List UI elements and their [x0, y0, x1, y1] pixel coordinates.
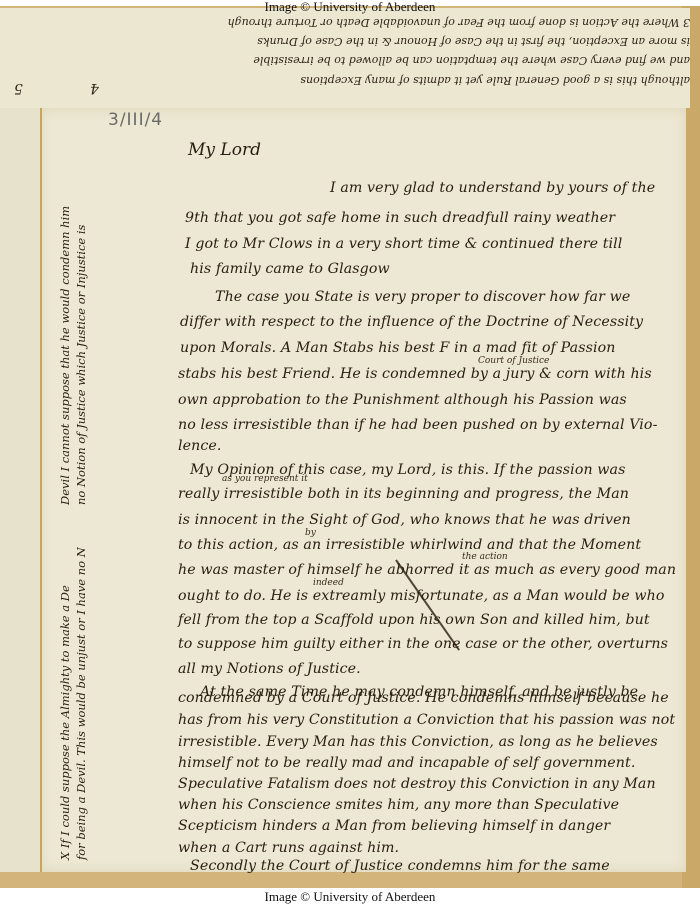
- letter-line: I got to Mr Clows in a very short time &…: [185, 236, 622, 252]
- letter-line: has from his very Constitution a Convict…: [178, 712, 675, 728]
- margin-note: no Notion of Justice which Justice or In…: [74, 225, 88, 505]
- interlinear-insertion: indeed: [313, 578, 344, 588]
- letter-line: condemned by a Court of Justice. He cond…: [178, 690, 669, 706]
- interlinear-insertion: Court of Justice: [478, 356, 549, 366]
- upside-down-line: is more an Exception, the first in the C…: [155, 35, 690, 48]
- letter-line: no less irresistible than if he had been…: [178, 417, 657, 433]
- letter-line: I am very glad to understand by yours of…: [330, 180, 655, 196]
- letter-line: when a Cart runs against him.: [178, 840, 399, 856]
- upside-down-line: 3 Where the Action is done from the Fear…: [150, 16, 690, 29]
- letter-line: 9th that you got safe home in such dread…: [185, 210, 615, 226]
- letter-line: Speculative Fatalism does not destroy th…: [178, 776, 656, 792]
- page-fold-line: [40, 108, 42, 872]
- letter-line: own approbation to the Punishment althou…: [178, 392, 627, 408]
- letter-line: The case you State is very proper to dis…: [215, 289, 630, 305]
- letter-line: when his Conscience smites him, any more…: [178, 797, 619, 813]
- letter-line: Scepticism hinders a Man from believing …: [178, 818, 610, 834]
- page-number: 4: [90, 80, 99, 96]
- letter-line: fell from the top a Scaffold upon his ow…: [178, 612, 650, 628]
- page-number: 5: [14, 80, 23, 96]
- letter-line: himself not to be really mad and incapab…: [178, 755, 635, 771]
- letter-line: he was master of himself he abhorred it …: [178, 562, 676, 578]
- letter-line: to this action, as an irresistible whirl…: [178, 537, 641, 553]
- letter-line: his family came to Glasgow: [190, 261, 390, 277]
- left-page-strip: [0, 108, 40, 872]
- letter-line: is innocent in the Sight of God, who kno…: [178, 512, 631, 528]
- salutation: My Lord: [188, 140, 261, 160]
- letter-line: stabs his best Friend. He is condemned b…: [178, 366, 652, 382]
- letter-line: really irresistible both in its beginnin…: [178, 486, 629, 502]
- letter-line: to suppose him guilty either in the one …: [178, 636, 668, 652]
- archive-reference: 3/III/4: [108, 110, 163, 130]
- letter-line: Secondly the Court of Justice condemns h…: [190, 858, 610, 874]
- letter-line: lence.: [178, 438, 222, 454]
- margin-note: Devil I cannot suppose that he would con…: [58, 206, 72, 505]
- letter-line: all my Notions of Justice.: [178, 661, 361, 677]
- margin-note: X If I could suppose the Almighty to mak…: [58, 585, 72, 860]
- letter-line: upon Morals. A Man Stabs his best F in a…: [180, 340, 616, 356]
- copyright-caption-bottom: Image © University of Aberdeen: [0, 890, 700, 904]
- upside-down-line: and we find every Case where the temptat…: [165, 54, 690, 67]
- letter-line: differ with respect to the influence of …: [180, 314, 643, 330]
- copyright-caption-top: Image © University of Aberdeen: [0, 0, 700, 14]
- interlinear-insertion: as you represent it: [222, 474, 308, 484]
- upside-down-line: although this is a good General Rule yet…: [195, 74, 690, 87]
- margin-note: for being a Devil. This would be unjust …: [74, 547, 88, 860]
- letter-line: irresistible. Every Man has this Convict…: [178, 734, 658, 750]
- interlinear-insertion: the action: [462, 552, 508, 562]
